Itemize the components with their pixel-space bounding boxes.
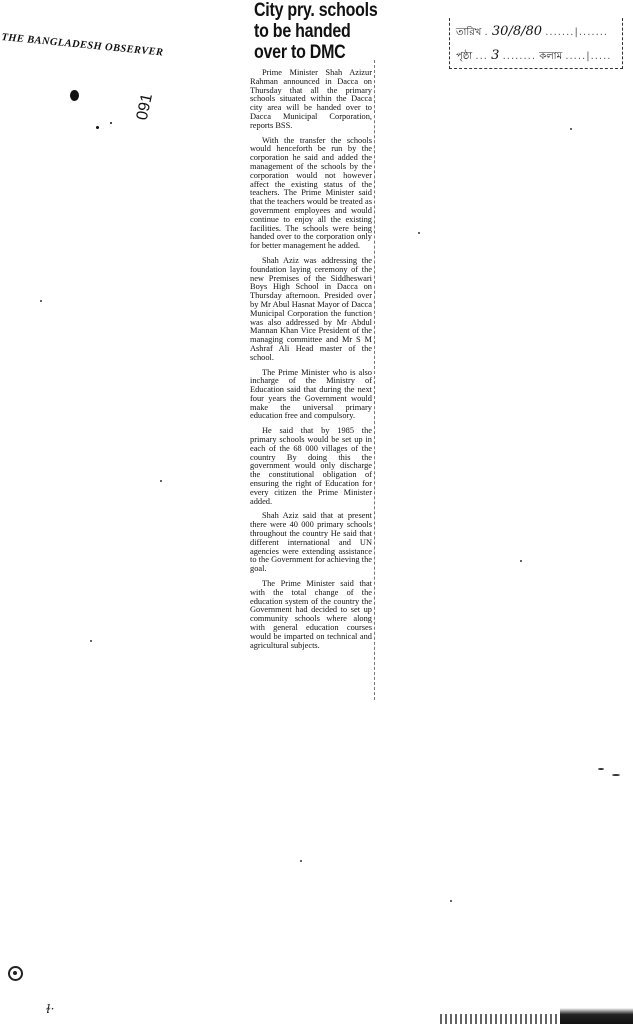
article-body: Prime Minister Shah Azizur Rahman announ… bbox=[246, 69, 374, 650]
scanned-newspaper-page: THE BANGLADESH OBSERVER 091 তারিখ . 30/8… bbox=[0, 0, 633, 1024]
stamp-date-value: 30/8/80 bbox=[492, 24, 542, 39]
ink-blot bbox=[110, 122, 112, 124]
scan-speck bbox=[300, 860, 302, 862]
page-number: 091 bbox=[134, 92, 157, 122]
scan-speck bbox=[160, 480, 162, 482]
stamp-date-label: তারিখ bbox=[456, 27, 481, 38]
headline-line: City pry. schools bbox=[254, 0, 352, 21]
ink-blot bbox=[96, 126, 99, 129]
scan-speck bbox=[418, 232, 420, 234]
scan-speck bbox=[40, 300, 42, 302]
article-paragraph: With the transfer the schools would henc… bbox=[250, 137, 372, 251]
article-paragraph: He said that by 1985 the primary schools… bbox=[250, 427, 372, 506]
pen-scribble: ɫ· bbox=[46, 1002, 54, 1016]
headline-line: to be handed bbox=[254, 21, 352, 42]
headline-line: over to DMC bbox=[254, 42, 352, 63]
article-paragraph: The Prime Minister who is also incharge … bbox=[250, 369, 372, 422]
scan-speck bbox=[520, 560, 522, 562]
scan-speck bbox=[598, 768, 604, 770]
article-paragraph: The Prime Minister said that with the to… bbox=[250, 580, 372, 650]
news-clipping: City pry. schools to be handed over to D… bbox=[246, 0, 374, 656]
article-paragraph: Prime Minister Shah Azizur Rahman announ… bbox=[250, 69, 372, 131]
ink-blot bbox=[70, 90, 79, 101]
clipping-edge bbox=[374, 60, 376, 700]
scan-speck bbox=[450, 900, 452, 902]
stamp-page-value: 3 bbox=[491, 48, 499, 63]
newspaper-masthead: THE BANGLADESH OBSERVER bbox=[1, 32, 201, 62]
stamp-page-label: পৃষ্ঠা bbox=[456, 51, 472, 62]
scan-edge-noise bbox=[440, 1014, 560, 1024]
scan-edge-shadow bbox=[560, 1008, 633, 1024]
scan-mark-icon bbox=[8, 966, 23, 981]
stamp-date-row: তারিখ . 30/8/80 .......|....... bbox=[456, 24, 608, 42]
archive-stamp: তারিখ . 30/8/80 .......|....... পৃষ্ঠা .… bbox=[449, 18, 623, 69]
scan-speck bbox=[570, 128, 572, 130]
article-paragraph: Shah Aziz said that at present there wer… bbox=[250, 512, 372, 574]
scan-speck bbox=[90, 640, 92, 642]
scan-speck bbox=[612, 774, 620, 776]
headline: City pry. schools to be handed over to D… bbox=[254, 0, 352, 63]
article-paragraph: Shah Aziz was addressing the foundation … bbox=[250, 257, 372, 363]
stamp-page-row: পৃষ্ঠা ... 3 ........ কলাম .....|..... bbox=[456, 48, 611, 66]
stamp-column-label: কলাম bbox=[539, 51, 562, 62]
